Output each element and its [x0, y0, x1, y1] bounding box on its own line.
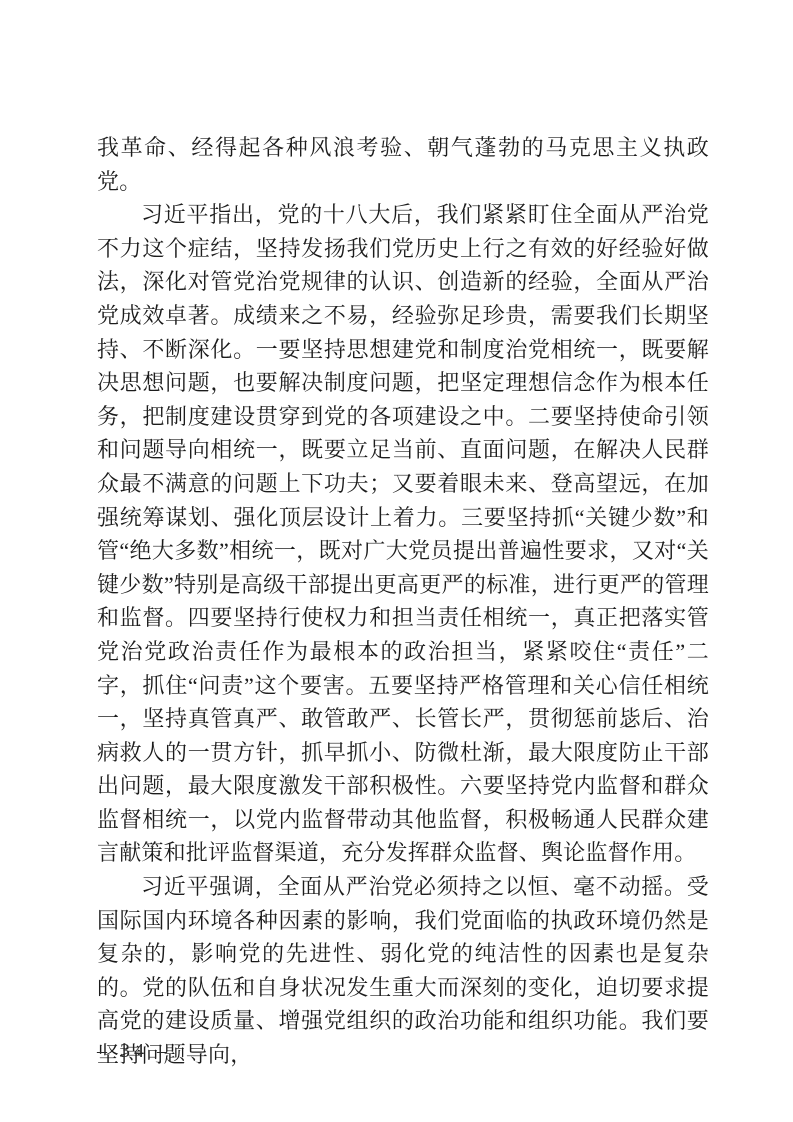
text-block: 我革命、经得起各种风浪考验、朝气蓬勃的马克思主义执政党。 习近平指出，党的十八大… [97, 131, 709, 1072]
paragraph-body-2: 习近平强调，全面从严治党必须持之以恒、毫不动摇。受国际国内环境各种因素的影响，我… [97, 870, 709, 1072]
paragraph-body-1: 习近平指出，党的十八大后，我们紧紧盯住全面从严治党不力这个症结，坚持发扬我们党历… [97, 198, 709, 870]
page-number: – 34 – [97, 1040, 171, 1063]
document-page: 我革命、经得起各种风浪考验、朝气蓬勃的马克思主义执政党。 习近平指出，党的十八大… [0, 0, 793, 1122]
paragraph-continuation: 我革命、经得起各种风浪考验、朝气蓬勃的马克思主义执政党。 [97, 131, 709, 198]
